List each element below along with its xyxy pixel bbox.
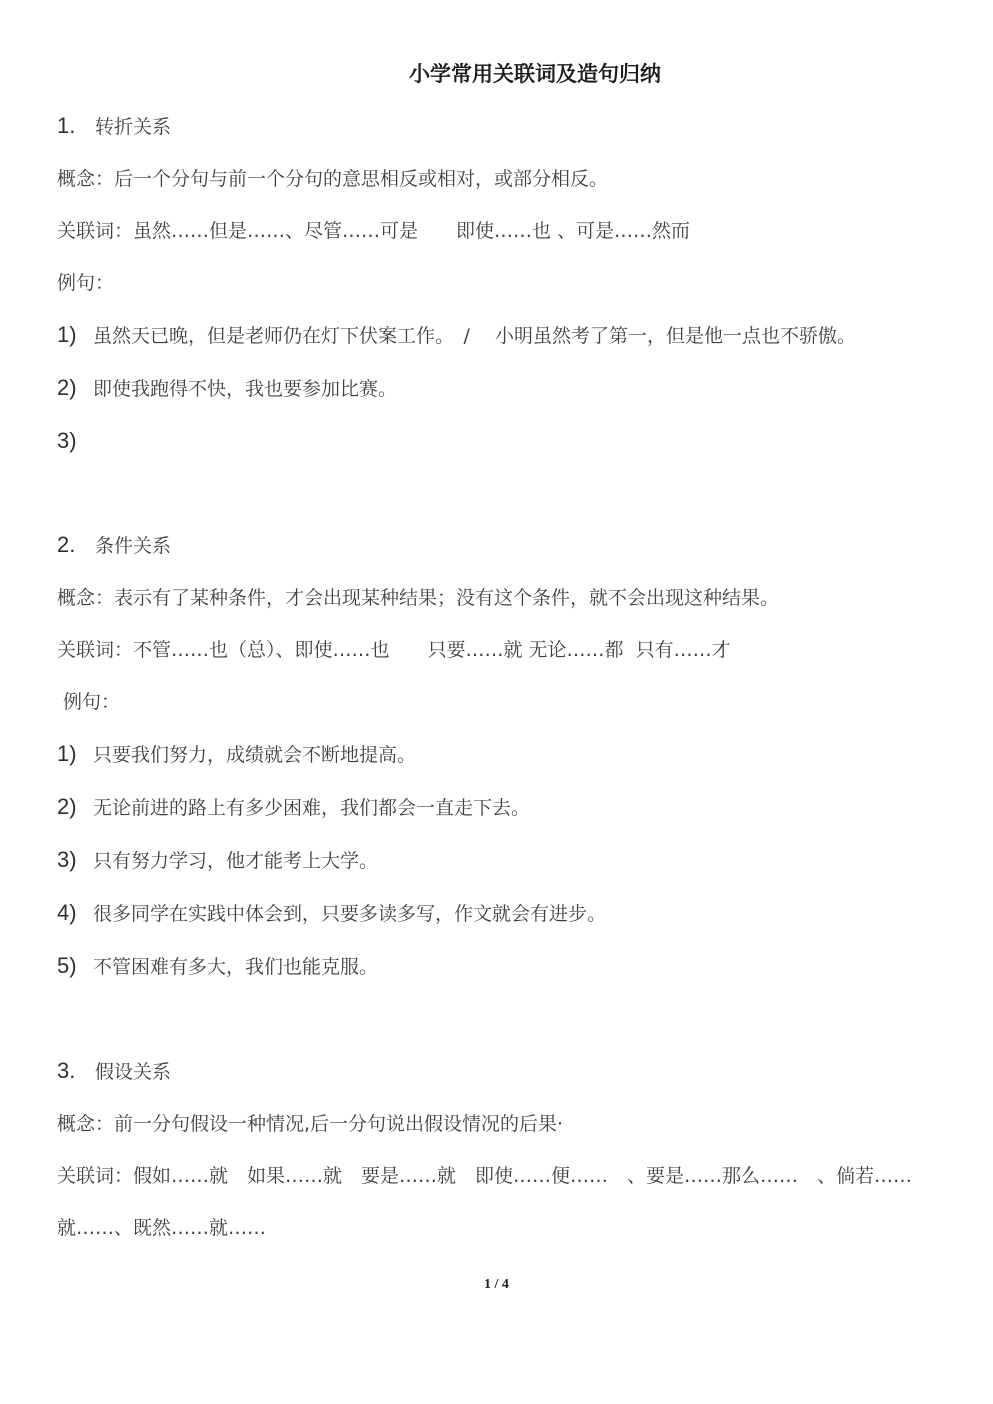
example-text: 无论前进的路上有多少困难，我们都会一直走下去。 xyxy=(93,782,530,834)
document-content: 小学常用关联词及造句归纳 1. 转折关系 概念：后一个分句与前一个分句的意思相反… xyxy=(0,0,993,1254)
section-spacer xyxy=(57,993,943,1045)
example-item: 3) xyxy=(57,415,943,467)
conjunctions-text: 关联词：虽然……但是……、尽管……可是 即使……也 、可是……然而 xyxy=(57,205,943,257)
example-item: 1) 虽然天已晚，但是老师仍在灯下伏案工作。 / 小明虽然考了第一，但是他一点也… xyxy=(57,309,943,362)
examples-label: 例句： xyxy=(57,257,943,309)
page-number: 1 / 4 xyxy=(0,1277,993,1293)
example-number: 5) xyxy=(57,940,93,992)
example-text: 只有努力学习，他才能考上大学。 xyxy=(93,835,378,887)
conjunctions-continuation: 就……、既然……就…… xyxy=(57,1202,943,1254)
example-text: 很多同学在实践中体会到，只要多读多写，作文就会有进步。 xyxy=(93,888,606,940)
section-jiashe: 3. 假设关系 概念：前一分句假设一种情况,后一分句说出假设情况的后果· 关联词… xyxy=(57,1045,943,1254)
section-title: 转折关系 xyxy=(95,101,171,153)
example-item: 3) 只有努力学习，他才能考上大学。 xyxy=(57,834,943,887)
example-item: 1) 只要我们努力，成绩就会不断地提高。 xyxy=(57,728,943,781)
example-number: 1) xyxy=(57,728,93,780)
section-title: 条件关系 xyxy=(95,520,171,572)
example-number: 3) xyxy=(57,834,93,886)
section-title: 假设关系 xyxy=(95,1046,171,1098)
document-page: 小学常用关联词及造句归纳 1. 转折关系 概念：后一个分句与前一个分句的意思相反… xyxy=(0,0,993,1404)
example-number: 2) xyxy=(57,781,93,833)
document-title: 小学常用关联词及造句归纳 xyxy=(92,48,978,100)
example-number: 4) xyxy=(57,887,93,939)
example-item: 5) 不管困难有多大，我们也能克服。 xyxy=(57,940,943,993)
section-number: 2. xyxy=(57,519,95,571)
conjunctions-text: 关联词：假如……就 如果……就 要是……就 即使……便…… 、要是……那么…… … xyxy=(57,1150,943,1202)
section-tiaojian: 2. 条件关系 概念：表示有了某种条件，才会出现某种结果；没有这个条件，就不会出… xyxy=(57,519,943,993)
example-number: 1) xyxy=(57,309,93,361)
concept-text: 概念：前一分句假设一种情况,后一分句说出假设情况的后果· xyxy=(57,1098,943,1150)
concept-text: 概念：表示有了某种条件，才会出现某种结果；没有这个条件，就不会出现这种结果。 xyxy=(57,572,943,624)
example-text: 即使我跑得不快，我也要参加比赛。 xyxy=(93,363,397,415)
example-number: 2) xyxy=(57,362,93,414)
example-item: 2) 即使我跑得不快，我也要参加比赛。 xyxy=(57,362,943,415)
example-number: 3) xyxy=(57,415,93,467)
section-heading-row: 2. 条件关系 xyxy=(57,519,943,572)
example-item: 2) 无论前进的路上有多少困难，我们都会一直走下去。 xyxy=(57,781,943,834)
section-spacer xyxy=(57,467,943,519)
section-heading-row: 1. 转折关系 xyxy=(57,100,943,153)
section-number: 3. xyxy=(57,1045,95,1097)
conjunctions-text: 关联词：不管……也（总）、即使……也 只要……就 无论……都 只有……才 xyxy=(57,624,943,676)
example-text: 虽然天已晚，但是老师仍在灯下伏案工作。 / 小明虽然考了第一，但是他一点也不骄傲… xyxy=(93,310,856,362)
example-text: 只要我们努力，成绩就会不断地提高。 xyxy=(93,729,416,781)
examples-label: 例句： xyxy=(57,676,943,728)
example-item: 4) 很多同学在实践中体会到，只要多读多写，作文就会有进步。 xyxy=(57,887,943,940)
section-number: 1. xyxy=(57,100,95,152)
example-text: 不管困难有多大，我们也能克服。 xyxy=(93,941,378,993)
concept-text: 概念：后一个分句与前一个分句的意思相反或相对，或部分相反。 xyxy=(57,153,943,205)
section-zhuanzhe: 1. 转折关系 概念：后一个分句与前一个分句的意思相反或相对，或部分相反。 关联… xyxy=(57,100,943,467)
section-heading-row: 3. 假设关系 xyxy=(57,1045,943,1098)
